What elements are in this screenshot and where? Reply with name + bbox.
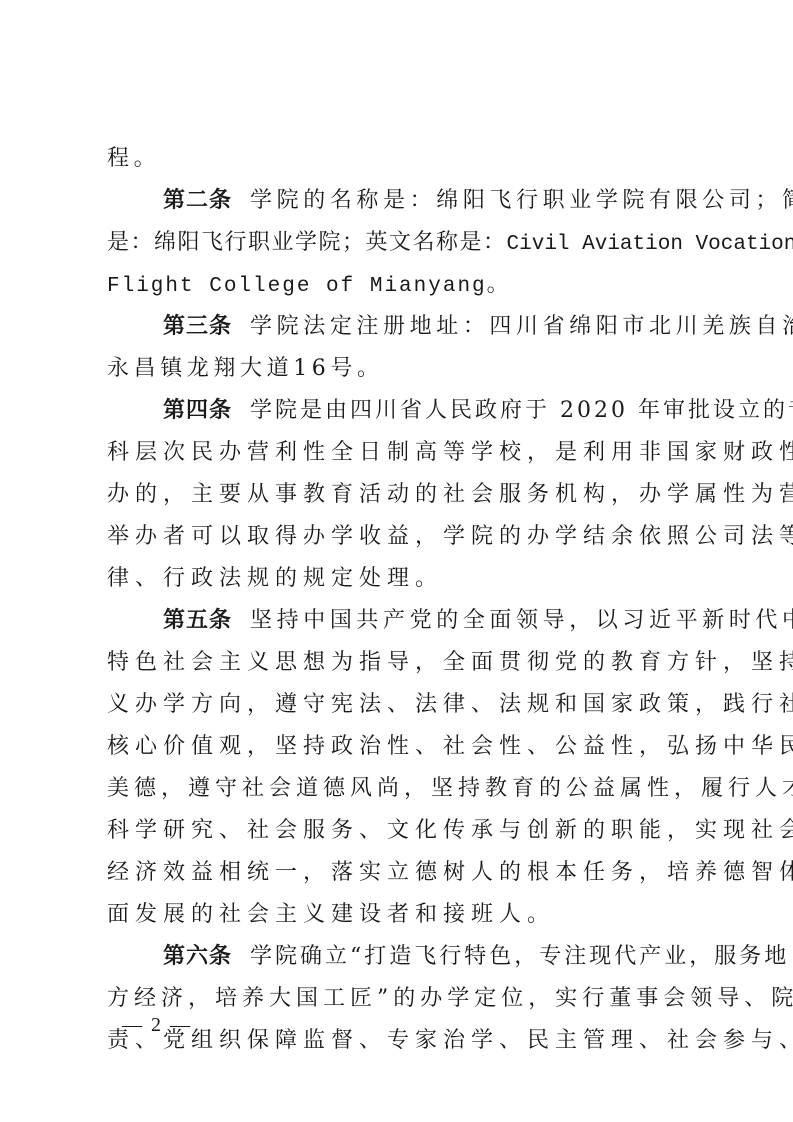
line-text: 举办者可以取得办学收益，学院的办学结余依照公司法等有关法 [107, 524, 793, 549]
article-6-line-3: 责、党组织保障监督、专家治学、民主管理、社会参与、依法治 [107, 1020, 703, 1062]
article-4-line-4: 举办者可以取得办学收益，学院的办学结余依照公司法等有关法 [107, 516, 703, 558]
page-number: — 2 — [122, 1014, 192, 1037]
line-text: 办的，主要从事教育活动的社会服务机构，办学属性为营利性， [107, 482, 793, 507]
text-line: 程。 [107, 138, 703, 180]
article-heading: 第四条 [163, 398, 232, 423]
article-5-line-8: 面发展的社会主义建设者和接班人。 [107, 894, 703, 936]
article-4-line-1: 第四条学院是由四川省人民政府于 2020 年审批设立的专 [107, 390, 703, 432]
article-5-line-6: 科学研究、社会服务、文化传承与创新的职能，实现社会效益与 [107, 810, 703, 852]
article-heading: 第三条 [163, 314, 232, 339]
line-text: 经济效益相统一，落实立德树人的根本任务，培养德智体美劳全 [107, 860, 793, 885]
article-2-line-3: Flight College of Mianyang。 [107, 264, 703, 306]
line-text: 学院的名称是：绵阳飞行职业学院有限公司；简称 [250, 188, 793, 213]
line-text: 特色社会主义思想为指导，全面贯彻党的教育方针，坚持社会主 [107, 650, 793, 675]
line-text: 面发展的社会主义建设者和接班人。 [107, 902, 555, 927]
english-name: Civil Aviation Vocational [507, 233, 793, 256]
article-6-line-1: 第六条学院确立“打造飞行特色，专注现代产业，服务地 [107, 936, 703, 978]
article-5-line-5: 美德，遵守社会道德风尚，坚持教育的公益属性，履行人才培养、 [107, 768, 703, 810]
article-6-line-2: 方经济，培养大国工匠”的办学定位，实行董事会领导、院长负 [107, 978, 703, 1020]
article-heading: 第六条 [163, 944, 232, 969]
line-text: 程。 [107, 146, 160, 171]
article-heading: 第二条 [163, 188, 232, 213]
line-text: 科学研究、社会服务、文化传承与创新的职能，实现社会效益与 [107, 818, 793, 843]
article-2-line-1: 第二条学院的名称是：绵阳飞行职业学院有限公司；简称 [107, 180, 703, 222]
article-4-line-3: 办的，主要从事教育活动的社会服务机构，办学属性为营利性， [107, 474, 703, 516]
article-5-line-3: 义办学方向，遵守宪法、法律、法规和国家政策，践行社会主义 [107, 684, 703, 726]
article-5-line-1: 第五条坚持中国共产党的全面领导，以习近平新时代中国 [107, 600, 703, 642]
article-2-line-2: 是：绵阳飞行职业学院；英文名称是：Civil Aviation Vocation… [107, 222, 703, 264]
article-4-line-2: 科层次民办营利性全日制高等学校，是利用非国家财政性经费举 [107, 432, 703, 474]
article-3-line-1: 第三条学院法定注册地址：四川省绵阳市北川羌族自治县 [107, 306, 703, 348]
article-heading: 第五条 [163, 608, 232, 633]
line-text: 学院确立“打造飞行特色，专注现代产业，服务地 [250, 944, 789, 969]
line-text: 。 [487, 272, 514, 297]
document-page: 程。 第二条学院的名称是：绵阳飞行职业学院有限公司；简称 是：绵阳飞行职业学院；… [107, 138, 703, 1062]
line-text: 方经济，培养大国工匠”的办学定位，实行董事会领导、院长负 [107, 986, 793, 1011]
line-text: 美德，遵守社会道德风尚，坚持教育的公益属性，履行人才培养、 [107, 776, 793, 801]
line-text: 永昌镇龙翔大道16号。 [107, 356, 384, 381]
article-4-line-5: 律、行政法规的规定处理。 [107, 558, 703, 600]
line-text: 科层次民办营利性全日制高等学校，是利用非国家财政性经费举 [107, 440, 793, 465]
line-text: 律、行政法规的规定处理。 [107, 566, 443, 591]
line-text: 学院法定注册地址：四川省绵阳市北川羌族自治县 [250, 314, 793, 339]
line-text: 义办学方向，遵守宪法、法律、法规和国家政策，践行社会主义 [107, 692, 793, 717]
article-5-line-2: 特色社会主义思想为指导，全面贯彻党的教育方针，坚持社会主 [107, 642, 703, 684]
line-text: 坚持中国共产党的全面领导，以习近平新时代中国 [250, 608, 793, 633]
article-3-line-2: 永昌镇龙翔大道16号。 [107, 348, 703, 390]
line-text: 责、党组织保障监督、专家治学、民主管理、社会参与、依法治 [107, 1028, 793, 1053]
article-5-line-4: 核心价值观，坚持政治性、社会性、公益性，弘扬中华民族传统 [107, 726, 703, 768]
english-name: Flight College of Mianyang [107, 275, 487, 298]
line-text: 是：绵阳飞行职业学院；英文名称是： [107, 230, 507, 255]
article-5-line-7: 经济效益相统一，落实立德树人的根本任务，培养德智体美劳全 [107, 852, 703, 894]
line-text: 学院是由四川省人民政府于 2020 年审批设立的专 [250, 398, 793, 423]
line-text: 核心价值观，坚持政治性、社会性、公益性，弘扬中华民族传统 [107, 734, 793, 759]
